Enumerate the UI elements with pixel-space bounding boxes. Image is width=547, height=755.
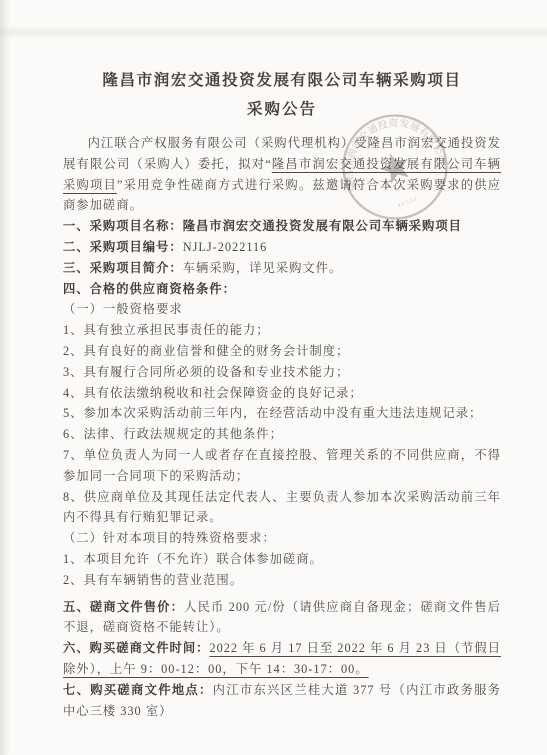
general-req-item: 5、参加本次采购活动前三年内，在经营活动中没有重大违法违规记录；	[63, 403, 501, 424]
doc-title: 隆昌市润宏交通投资发展有限公司车辆采购项目	[63, 71, 501, 91]
general-req-heading: （一）一般资格要求	[63, 299, 501, 320]
item-document-price-label: 五、磋商文件售价：	[63, 600, 184, 614]
intro-paragraph: 内江联合产权服务有限公司（采购代理机构）受隆昌市润宏交通投资发展有限公司（采购人…	[63, 133, 501, 216]
item-project-name: 一、采购项目名称：隆昌市润宏交通投资发展有限公司车辆采购项目	[63, 216, 501, 237]
general-req-item: 8、供应商单位及其现任法定代表人、主要负责人参加本次采购活动前三年内不得具有行贿…	[63, 487, 501, 529]
document-page: 隆昌市润宏交通投资发展有限公司车辆采购项目 采购公告 内江联合产权服务有限公司（…	[0, 0, 547, 755]
general-req-item: 1、具有独立承担民事责任的能力；	[63, 320, 501, 341]
scan-edge-shadow	[0, 0, 10, 755]
item-purchase-place: 七、购买磋商文件地点：内江市东兴区兰桂大道 377 号（内江市政务服务中心三楼 …	[63, 680, 501, 722]
general-req-item: 4、具有依法缴纳税收和社会保障资金的良好记录；	[63, 383, 501, 404]
special-req-heading: （二）针对本项目的特殊资格要求：	[63, 528, 501, 549]
special-req-item: 1、本项目允许（不允许）联合体参加磋商。	[63, 549, 501, 570]
item-project-number: 二、采购项目编号：NJLJ-2022116	[63, 237, 501, 258]
item-purchase-time: 六、购买磋商文件时间：2022 年 6 月 17 日至 2022 年 6 月 2…	[63, 638, 501, 680]
doc-subtitle: 采购公告	[63, 100, 501, 120]
general-req-item: 2、具有良好的商业信誉和健全的财务会计制度；	[63, 341, 501, 362]
general-req-item: 7、单位负责人为同一人或者存在直接控股、管理关系的不同供应商，不得参加同一合同项…	[63, 445, 501, 487]
item-project-brief: 三、采购项目简介：车辆采购，详见采购文件。	[63, 258, 501, 279]
item-purchase-time-label: 六、购买磋商文件时间：	[63, 641, 209, 655]
item-document-price: 五、磋商文件售价：人民币 200 元/份（请供应商自备现金；磋商文件售后不退，磋…	[63, 597, 501, 639]
item-project-brief-label: 三、采购项目简介：	[63, 261, 183, 275]
item-purchase-place-label: 七、购买磋商文件地点：	[63, 683, 213, 697]
special-req-item: 2、具有车辆销售的营业范围。	[63, 570, 501, 591]
item-project-name-label: 一、采购项目名称：	[63, 219, 183, 233]
general-req-item: 6、法律、行政法规规定的其他条件；	[63, 424, 501, 445]
intro-text-tail: ”采用竞争性磋商方式进行采购。兹邀请符合本次采购要求的供应商参加磋商。	[63, 178, 501, 213]
item-qualification-heading: 四、合格的供应商资格条件：	[63, 279, 501, 300]
item-project-name-value: 隆昌市润宏交通投资发展有限公司车辆采购项目	[183, 219, 462, 233]
document-content: 隆昌市润宏交通投资发展有限公司车辆采购项目 采购公告 内江联合产权服务有限公司（…	[63, 0, 501, 721]
item-project-number-label: 二、采购项目编号：	[63, 240, 183, 254]
item-project-number-value: NJLJ-2022116	[183, 240, 268, 254]
general-req-item: 3、具有履行合同所必须的设备和专业技术能力；	[63, 362, 501, 383]
item-project-brief-value: 车辆采购，详见采购文件。	[183, 261, 343, 275]
